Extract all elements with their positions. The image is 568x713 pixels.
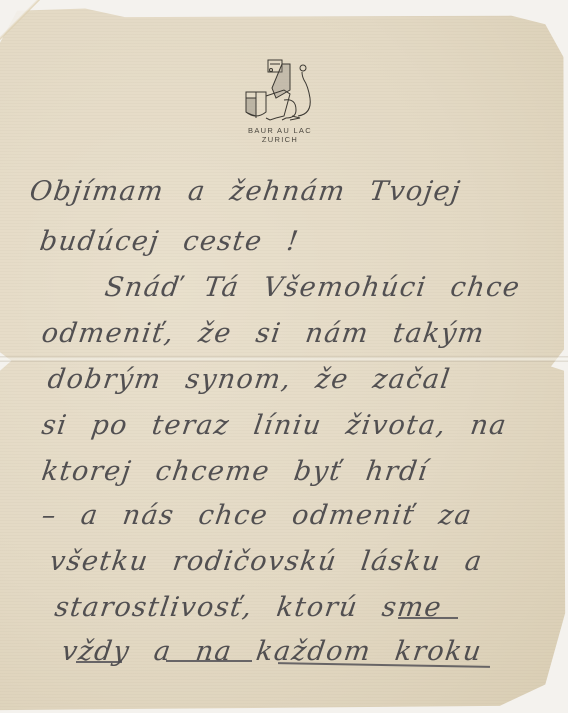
handwritten-line: si po teraz líniu života, na (40, 410, 509, 441)
underline-vzdy (76, 661, 122, 663)
handwritten-line: dobrým synom, že začal (46, 364, 453, 395)
fold-crease (0, 356, 568, 362)
handwritten-line: starostlivosť, ktorú sme (53, 592, 444, 623)
letterhead-line-1: BAUR AU LAC (230, 126, 330, 135)
handwritten-line: odmeniť, že si nám takým (40, 318, 487, 349)
line-text: starostlivosť, ktorú sme (53, 592, 444, 623)
underline-na (166, 660, 252, 662)
underline-sme (398, 617, 458, 619)
handwritten-line: – a nás chce odmeniť za (40, 500, 475, 531)
handwritten-line: budúcej ceste ! (38, 226, 301, 257)
handwritten-line: všetku rodičovskú lásku a (48, 546, 485, 577)
letterhead-line-2: ZURICH (230, 135, 330, 144)
lion-with-shield-icon (240, 58, 320, 126)
handwritten-line: vždy a na každom kroku (60, 636, 484, 667)
hotel-letterhead: BAUR AU LAC ZURICH (230, 58, 330, 144)
handwritten-line: ktorej chceme byť hrdí (40, 456, 431, 487)
handwritten-line: Objímam a žehnám Tvojej (28, 176, 463, 207)
handwritten-line: Snáď Tá Všemohúci chce (103, 272, 523, 303)
line-text: vždy a na každom kroku (60, 636, 484, 667)
